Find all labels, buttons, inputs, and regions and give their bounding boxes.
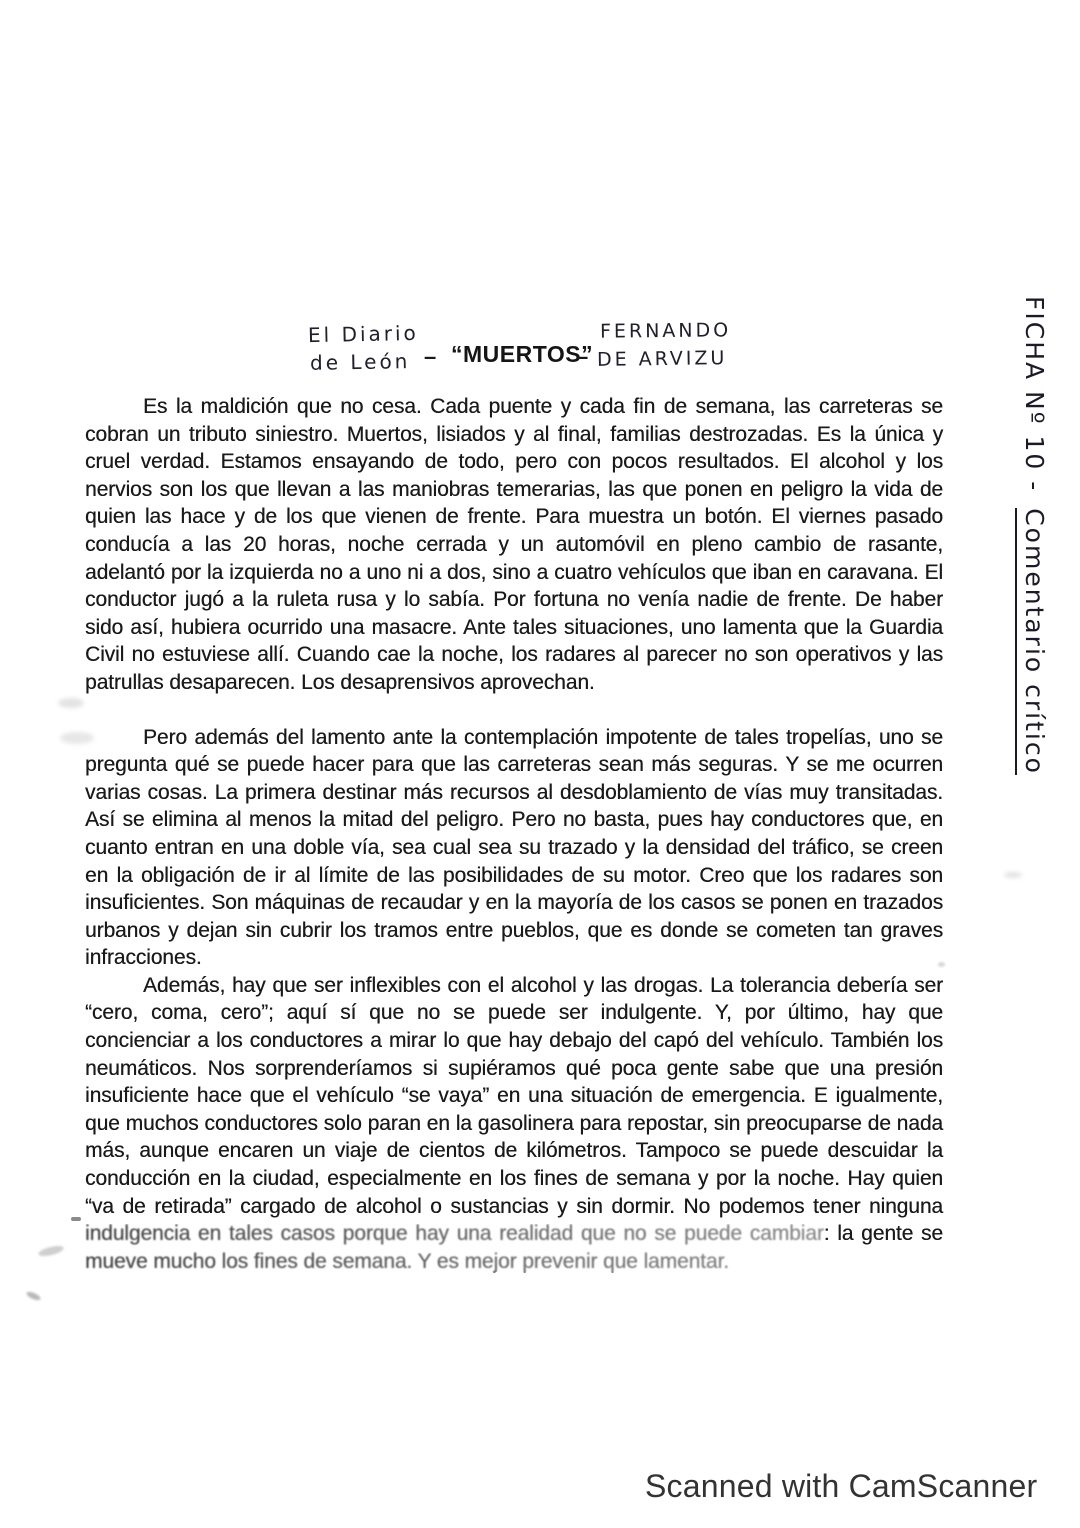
scanned-document-page: El Diario de León – “MUERTOS” – FERNANDO… — [0, 0, 1080, 1528]
scan-smudge-artifact — [25, 1290, 41, 1302]
paragraph-1: Es la maldición que no cesa. Cada puente… — [85, 393, 943, 697]
author-name-line2: DE ARVIZU — [597, 347, 728, 371]
scan-smudge-artifact — [1004, 872, 1022, 878]
margin-note-underlined: Comentario crítico — [1015, 508, 1049, 775]
article-body: Es la maldición que no cesa. Cada puente… — [85, 393, 943, 1275]
margin-note-prefix: FICHA Nº 10 - — [1020, 296, 1049, 492]
separator-dash-right: – — [576, 344, 588, 370]
handwritten-margin-note: FICHA Nº 10 - Comentario crítico — [1020, 296, 1049, 775]
scan-smudge-artifact — [58, 698, 84, 708]
author-name-line1: FERNANDO — [600, 319, 731, 342]
paragraph-3: Además, hay que ser inflexibles con el a… — [85, 972, 943, 1276]
source-name-line1: El Diario — [308, 321, 419, 347]
separator-dash-left: – — [424, 344, 436, 370]
source-name-line2: de León — [310, 349, 411, 375]
paragraph-2: Pero además del lamento ante la contempl… — [85, 724, 943, 972]
camscanner-watermark: Scanned with CamScanner — [645, 1468, 1037, 1505]
scan-smudge-artifact — [37, 1244, 64, 1258]
scan-smudge-artifact — [71, 1217, 81, 1221]
article-title: “MUERTOS” — [451, 341, 593, 368]
